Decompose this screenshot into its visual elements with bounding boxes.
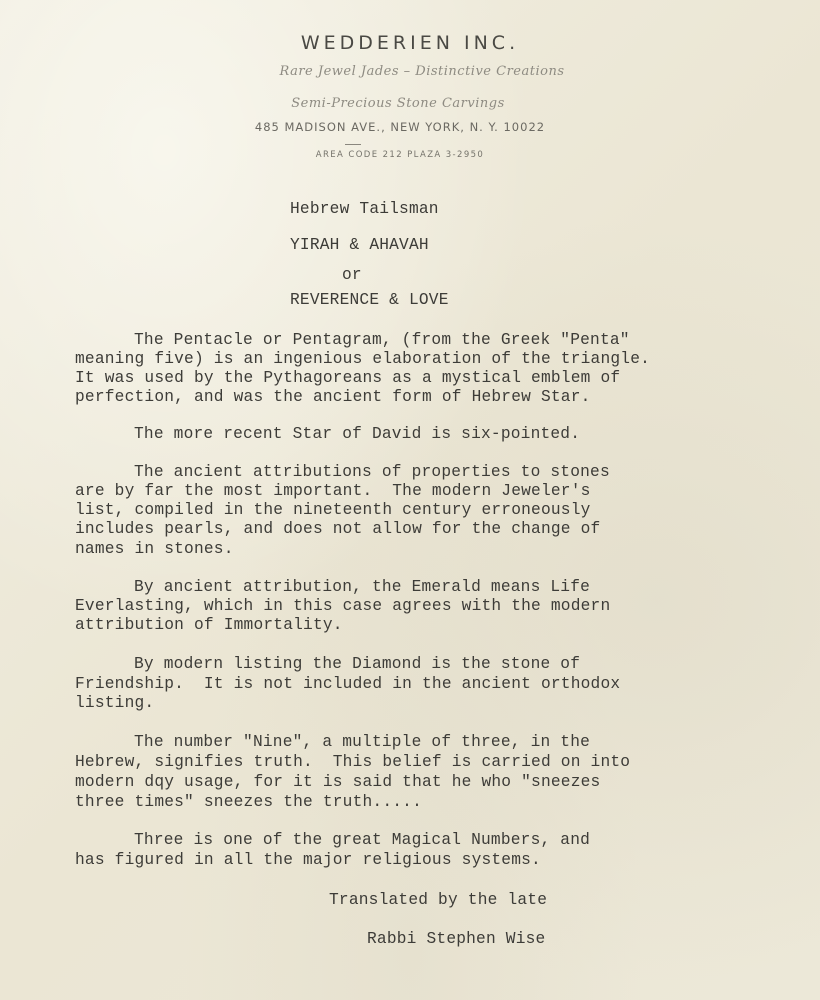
paragraph-1-line-3: It was used by the Pythagoreans as a mys… (75, 369, 620, 387)
paragraph-6-line-3: modern dqy usage, for it is said that he… (75, 773, 600, 791)
letter-page: WEDDERIEN INC. Rare Jewel Jades – Distin… (0, 0, 820, 1000)
document-subtitle-connector: or (342, 266, 362, 284)
paragraph-3-line-2: are by far the most important. The moder… (75, 482, 591, 500)
document-title: Hebrew Tailsman (290, 200, 439, 218)
signature-name: Rabbi Stephen Wise (367, 930, 545, 948)
paragraph-6-line-4: three times" sneezes the truth..... (75, 793, 422, 811)
paragraph-6-line-1: The number "Nine", a multiple of three, … (134, 733, 590, 751)
paragraph-1-line-4: perfection, and was the ancient form of … (75, 388, 591, 406)
paragraph-4-line-2: Everlasting, which in this case agrees w… (75, 597, 610, 615)
paragraph-5-line-2: Friendship. It is not included in the an… (75, 675, 620, 693)
company-name: WEDDERIEN INC. (0, 32, 820, 54)
company-phone: AREA CODE 212 PLAZA 3-2950 (0, 150, 810, 160)
paragraph-5-line-1: By modern listing the Diamond is the sto… (134, 655, 580, 673)
paragraph-5-line-3: listing. (75, 694, 154, 712)
paragraph-4-line-3: attribution of Immortality. (75, 616, 343, 634)
paragraph-2-line-1: The more recent Star of David is six-poi… (134, 425, 580, 443)
paragraph-6-line-2: Hebrew, signifies truth. This belief is … (75, 753, 630, 771)
paragraph-1-line-1: The Pentacle or Pentagram, (from the Gre… (134, 331, 630, 349)
paragraph-7-line-1: Three is one of the great Magical Number… (134, 831, 590, 849)
company-address: 485 MADISON AVE., NEW YORK, N. Y. 10022 (0, 120, 810, 134)
paragraph-1-line-2: meaning five) is an ingenious elaboratio… (75, 350, 650, 368)
company-tagline-2: Semi-Precious Stone Carvings (0, 96, 808, 111)
paragraph-3-line-4: includes pearls, and does not allow for … (75, 520, 600, 538)
paragraph-3-line-1: The ancient attributions of properties t… (134, 463, 610, 481)
paragraph-4-line-1: By ancient attribution, the Emerald mean… (134, 578, 590, 596)
company-tagline-1: Rare Jewel Jades – Distinctive Creations (12, 64, 820, 79)
document-subtitle-english: REVERENCE & LOVE (290, 291, 449, 309)
signature-translated-by: Translated by the late (329, 891, 547, 909)
paragraph-3-line-5: names in stones. (75, 540, 234, 558)
document-subtitle-hebrew: YIRAH & AHAVAH (290, 236, 429, 254)
paragraph-7-line-2: has figured in all the major religious s… (75, 851, 541, 869)
letterhead-divider (345, 144, 361, 145)
paragraph-3-line-3: list, compiled in the nineteenth century… (75, 501, 591, 519)
